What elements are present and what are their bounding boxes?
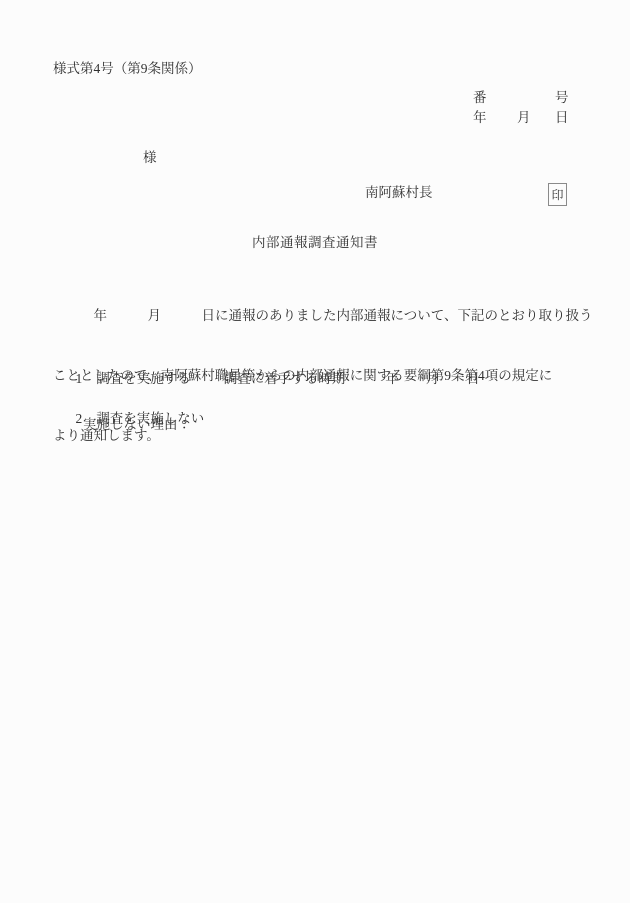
item-1-schedule-label: 調査に着手する時期 [224, 371, 346, 386]
option-1-investigate: 1調査を実施する調査に着手する時期年 月 日 [62, 358, 480, 399]
item-1-date-blanks: 年 月 日 [385, 371, 480, 386]
seal-character: 印 [551, 189, 563, 201]
form-number: 様式第4号（第9条関係） [53, 62, 202, 76]
seal-stamp: 印 [548, 183, 567, 206]
item-1-number: 1 [76, 371, 83, 386]
item-1-label: 調査を実施する [96, 371, 191, 386]
document-title: 内部通報調査通知書 [0, 236, 630, 250]
sender-title: 南阿蘇村長 [365, 186, 433, 200]
header-date-day-label: 日 [555, 111, 569, 125]
document-number-label-ban: 番 [473, 91, 487, 105]
header-date-month-label: 月 [517, 111, 531, 125]
addressee-suffix-sama: 様 [143, 151, 157, 165]
document-page: 様式第4号（第9条関係） 番 号 年 月 日 様 南阿蘇村長 印 内部通報調査通… [0, 0, 630, 903]
paragraph-line: 年 月 日に通報のありました内部通報について、下記のとおり取り扱う [53, 306, 579, 326]
header-date-year-label: 年 [473, 111, 487, 125]
document-number-label-go: 号 [555, 91, 569, 105]
item-2-reason-label: 実施しない理由： [83, 418, 191, 432]
item-2-number: 2 [76, 411, 83, 426]
